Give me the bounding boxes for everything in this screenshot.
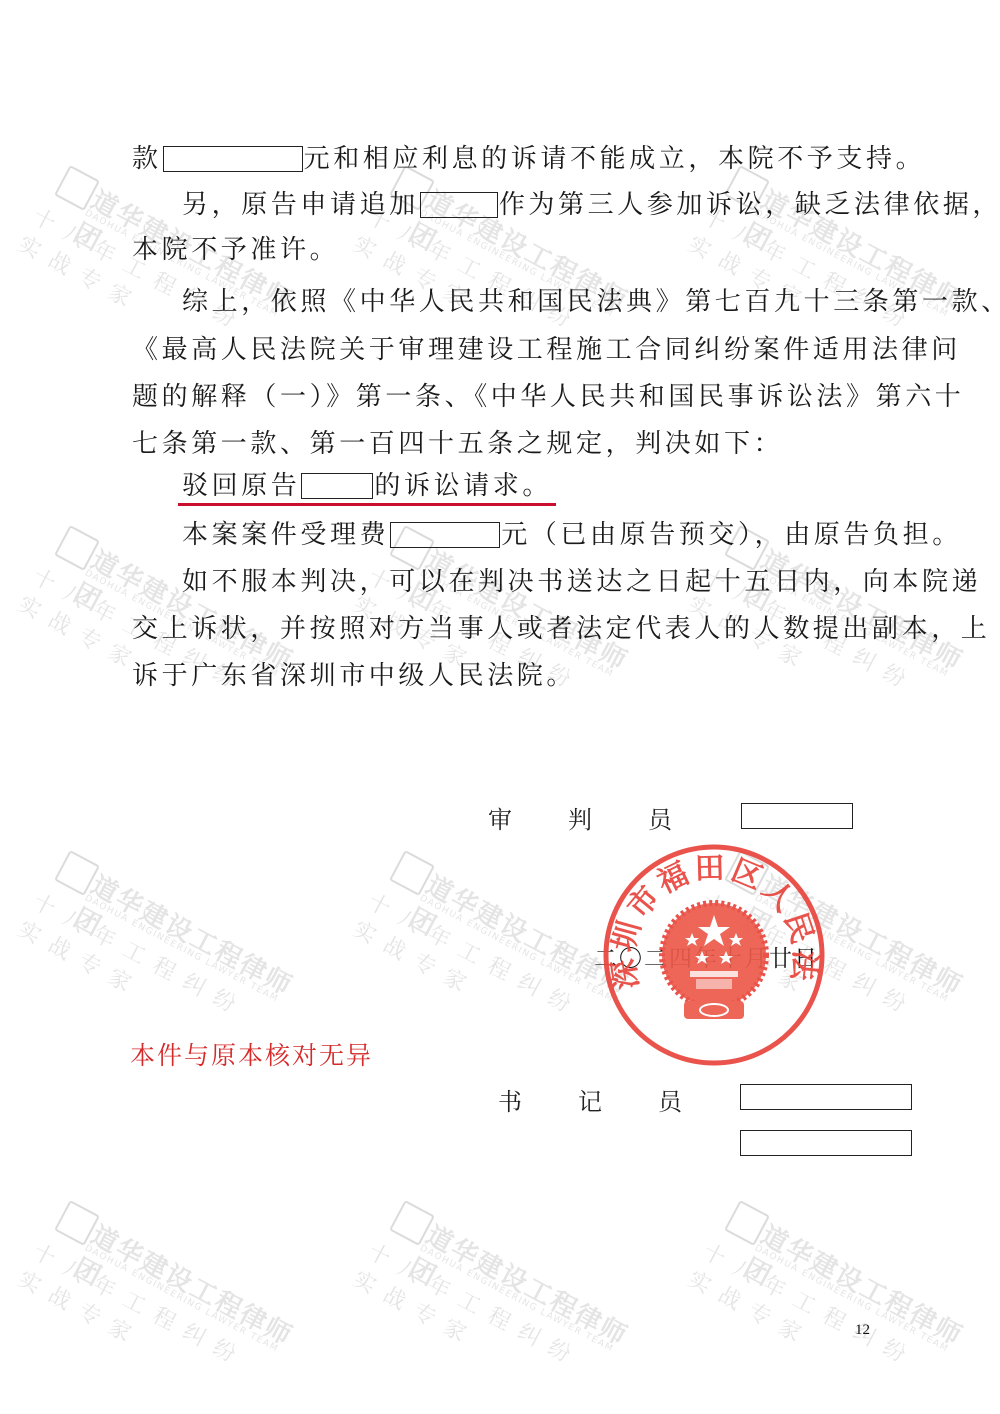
watermark: 道华建设工程律师团 DAOHUA ENGINEERING LAWYER TEAM… — [688, 1200, 969, 1414]
paragraph-appeal-cont: 交上诉状，并按照对方当事人或者法定代表人的人数提出副本，上 — [132, 614, 990, 644]
paragraph-appeal: 如不服本判决，可以在判决书送达之日起十五日内，向本院递 — [182, 567, 981, 597]
paragraph-legal-basis-cont: 七条第一款、第一百四十五条之规定，判决如下： — [132, 429, 783, 459]
watermark-logo-icon — [389, 1200, 435, 1246]
watermark-logo-icon — [54, 165, 100, 211]
redacted-fee-box — [390, 522, 500, 548]
paragraph-legal-basis: 综上，依照《中华人民共和国民法典》第七百九十三条第一款、 — [182, 287, 1000, 317]
redacted-party-box — [420, 192, 498, 218]
paragraph-third-party: 另，原告申请追加作为第三人参加诉讼，缺乏法律依据， — [182, 190, 1000, 220]
paragraph-legal-basis-cont: 《最高人民法院关于审理建设工程施工合同纠纷案件适用法律问 — [132, 335, 961, 365]
watermark-logo-icon — [389, 850, 435, 896]
paragraph-appeal-cont: 诉于广东省深圳市中级人民法院。 — [132, 661, 576, 691]
redacted-clerk-name-box — [740, 1084, 912, 1110]
paragraph-claim-rejection: 款元和相应利息的诉请不能成立，本院不予支持。 — [132, 144, 925, 174]
paragraph-legal-basis-cont: 题的解释（一）》第一条、《中华人民共和国民事诉讼法》第六十 — [132, 382, 964, 412]
watermark-logo-icon — [724, 1200, 770, 1246]
paragraph-third-party-cont: 本院不予准许。 — [132, 235, 339, 265]
court-seal-icon: 深圳市福田区人民法院 — [602, 843, 826, 1067]
redacted-plaintiff-box — [301, 473, 373, 499]
redacted-amount-box — [163, 146, 303, 172]
redacted-clerk-name-box-2 — [740, 1130, 912, 1156]
ruling-statement: 驳回原告的诉讼请求。 — [178, 471, 556, 506]
watermark-logo-icon — [54, 850, 100, 896]
redacted-judge-name-box — [741, 803, 853, 829]
paragraph-case-fee: 本案案件受理费元（已由原告预交），由原告负担。 — [182, 520, 962, 550]
certification-stamp-text: 本件与原本核对无异 — [130, 1036, 373, 1072]
page-number: 12 — [855, 1322, 870, 1339]
watermark-logo-icon — [54, 525, 100, 571]
watermark: 道华建设工程律师团 DAOHUA ENGINEERING LAWYER TEAM… — [18, 1200, 299, 1414]
watermark: 道华建设工程律师团 DAOHUA ENGINEERING LAWYER TEAM… — [353, 1200, 634, 1414]
watermark: 道华建设工程律师团 DAOHUA ENGINEERING LAWYER TEAM… — [353, 850, 634, 1069]
watermark-logo-icon — [54, 1200, 100, 1246]
